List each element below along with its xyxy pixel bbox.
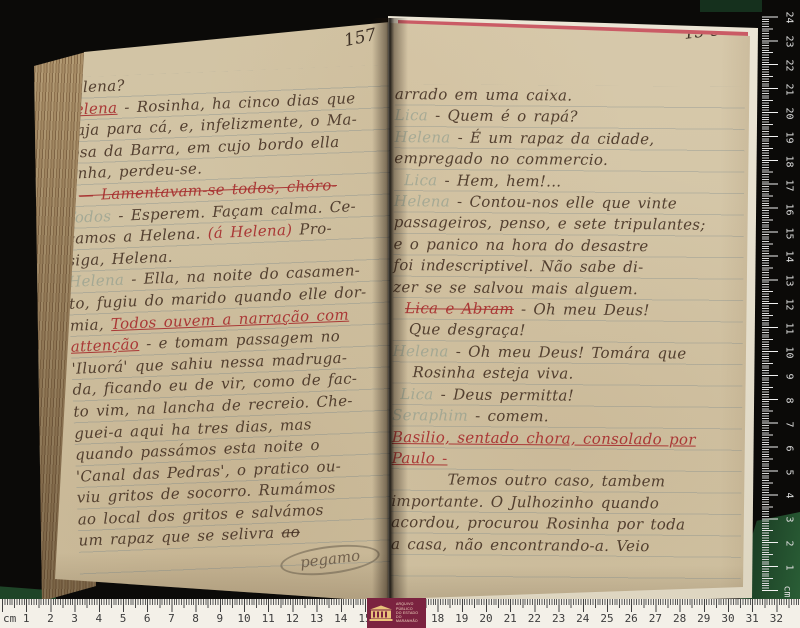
ruler-number: 15 — [784, 225, 795, 241]
handwriting-line: Basilio, sentado chora, consolado por — [392, 426, 742, 450]
handwriting-segment: Basilio, sentado chora, consolado por — [392, 427, 696, 448]
handwriting-segment: Helena — [68, 271, 125, 291]
ruler-number: 14 — [784, 249, 795, 265]
right-page-handwriting: arrado em uma caixa.Lica - Quem é o rapá… — [391, 84, 745, 585]
ruler-number: 16 — [784, 201, 795, 217]
ruler-number: 2 — [47, 612, 54, 625]
handwriting-line: arrado em uma caixa. — [395, 84, 745, 108]
handwriting-segment: e o panico na hora do desastre — [394, 235, 649, 255]
left-page-handwriting: Helena?Helena - Rosinha, ha cinco dias q… — [60, 65, 408, 584]
ruler-number: 22 — [528, 612, 541, 625]
handwriting-segment: importante. O Julhozinho quando — [391, 492, 659, 512]
ruler-number: 23 — [784, 34, 795, 50]
handwriting-segment: - Quem é o rapá? — [428, 107, 578, 126]
ruler-number: 27 — [649, 612, 662, 625]
ruler-number: 10 — [784, 345, 795, 361]
ruler-number: 13 — [784, 273, 795, 289]
archive-photo: Helena?Helena - Rosinha, ha cinco dias q… — [0, 0, 800, 628]
ruler-number: 19 — [784, 129, 795, 145]
handwriting-segment: Que desgraça! — [409, 321, 526, 340]
ruler-number: 8 — [192, 612, 199, 625]
ruler-number: 18 — [431, 612, 444, 625]
handwriting-segment: a casa, não encontrando-a. Veio — [391, 535, 650, 555]
handwriting-segment: - comem. — [468, 407, 549, 426]
ruler-number: 22 — [784, 58, 795, 74]
archive-logo-text: ARQUIVO PÚBLICO DO ESTADO DO MARANHÃO — [396, 602, 424, 623]
handwriting-line: acordou, procurou Rosinha por toda — [391, 512, 741, 536]
handwriting-segment: siga, Helena. — [67, 247, 173, 269]
ruler-number: 1 — [23, 612, 30, 625]
ruler-number: 24 — [576, 612, 589, 625]
handwriting-segment: Lica — [404, 171, 437, 189]
handwriting-segment: Lica e Abram — [405, 299, 514, 318]
handwriting-segment: - Hem, hem!... — [437, 171, 561, 190]
handwriting-segment: ao — [281, 523, 300, 542]
handwriting-line: passageiros, penso, e sete tripulantes; — [394, 212, 744, 236]
ruler-number: 4 — [95, 612, 102, 625]
handwriting-line: Temos outro caso, tambem — [391, 469, 741, 493]
ruler-number: 23 — [552, 612, 565, 625]
logo-text-line: DO MARANHÃO — [396, 615, 424, 623]
ruler-number: 19 — [455, 612, 468, 625]
ruler-number: 8 — [784, 392, 795, 408]
handwriting-line: Helena - Contou-nos elle que vinte — [394, 191, 744, 215]
ruler-number: 4 — [784, 488, 795, 504]
vertical-ruler: cm 1234567891011121314151617181920212223… — [762, 0, 800, 600]
handwriting-segment: attenção — [70, 335, 139, 356]
handwriting-segment: mia, — [70, 315, 112, 335]
handwriting-segment: Rosinha esteja viva. — [412, 363, 573, 382]
handwriting-segment: - É um rapaz da cidade, — [451, 128, 655, 148]
horizontal-ruler-unit: cm — [3, 612, 16, 625]
handwriting-line: Seraphim - comem. — [392, 405, 742, 429]
handwriting-line: Helena - É um rapaz da cidade, — [394, 127, 744, 151]
handwriting-segment: arrado em uma caixa. — [395, 85, 573, 105]
handwriting-line: a casa, não encontrando-a. Veio — [391, 534, 741, 558]
handwriting-line: empregado no commercio. — [394, 148, 744, 172]
handwriting-segment: acordou, procurou Rosinha por toda — [391, 513, 685, 534]
ruler-number: 11 — [784, 321, 795, 337]
handwriting-segment: vinha, perdeu-se. — [64, 160, 203, 184]
ruler-number: 12 — [286, 612, 299, 625]
ruler-number: 24 — [784, 10, 795, 26]
ruler-number: 20 — [479, 612, 492, 625]
ruler-number: 1 — [784, 560, 795, 576]
handwriting-segment: çamos a Helena. — [66, 224, 208, 248]
handwriting-line: Lica - Deus permitta! — [392, 384, 742, 408]
handwriting-line: Helena - Oh meu Deus! Tomára que — [393, 341, 743, 365]
ruler-number: 12 — [784, 297, 795, 313]
handwriting-segment: zer se se salvou mais alguem. — [393, 278, 638, 298]
handwriting-line: Rosinha esteja viva. — [392, 362, 742, 386]
ruler-number: 26 — [625, 612, 638, 625]
handwriting-segment: foi indescriptivel. Não sabe di- — [393, 256, 643, 276]
handwriting-segment: passageiros, penso, e sete tripulantes; — [394, 213, 706, 234]
handwriting-segment: - Oh meu Deus! Tomára que — [449, 342, 687, 362]
ruler-number: 7 — [784, 416, 795, 432]
ruler-number: 21 — [784, 82, 795, 98]
ruler-number: 6 — [144, 612, 151, 625]
ruler-number: 20 — [784, 106, 795, 122]
ruler-number: 17 — [784, 177, 795, 193]
ruler-number: 10 — [237, 612, 250, 625]
archive-logo-stamp: ARQUIVO PÚBLICO DO ESTADO DO MARANHÃO — [367, 598, 426, 628]
ruler-number: 2 — [784, 536, 795, 552]
ruler-number: 29 — [697, 612, 710, 625]
handwriting-line: e o panico na hora do desastre — [394, 234, 744, 258]
handwriting-segment: Temos outro caso, tambem — [447, 471, 665, 491]
ruler-number: 11 — [262, 612, 275, 625]
ruler-number: 6 — [784, 440, 795, 456]
felt-backing-top-right — [700, 0, 762, 12]
ruler-number: 7 — [168, 612, 175, 625]
ruler-number: 21 — [504, 612, 517, 625]
handwriting-segment: (á Helena) — [207, 221, 292, 242]
ruler-number: 9 — [784, 368, 795, 384]
handwriting-line: importante. O Julhozinho quando — [391, 491, 741, 515]
ruler-number: 5 — [784, 464, 795, 480]
handwriting-line: Paulo - — [392, 448, 742, 472]
handwriting-line: Lica - Quem é o rapá? — [395, 105, 745, 129]
ruler-number: 3 — [71, 612, 78, 625]
ruler-number: 30 — [721, 612, 734, 625]
handwriting-segment: empregado no commercio. — [394, 149, 608, 169]
handwriting-line: Que desgraça! — [393, 319, 743, 343]
ruler-number: 14 — [334, 612, 347, 625]
handwriting-segment: Pro- — [292, 219, 332, 239]
ruler-number: 25 — [600, 612, 613, 625]
handwriting-line: Lica e Abram - Oh meu Deus! — [393, 298, 743, 322]
handwriting-segment: - Deus permitta! — [434, 385, 575, 404]
ruler-number: 32 — [770, 612, 783, 625]
handwriting-line: Lica - Hem, hem!... — [394, 170, 744, 194]
book-gutter-shadow — [372, 18, 408, 606]
ruler-number: 5 — [120, 612, 127, 625]
vertical-ruler-unit: cm — [782, 585, 793, 597]
handwriting-segment: - Oh meu Deus! — [514, 300, 650, 319]
ruler-number: 3 — [784, 512, 795, 528]
handwriting-line: foi indescriptivel. Não sabe di- — [393, 255, 743, 279]
handwriting-segment: - Contou-nos elle que vinte — [450, 193, 677, 213]
handwriting-line: zer se se salvou mais alguem. — [393, 277, 743, 301]
ruler-number: 9 — [216, 612, 223, 625]
ruler-number: 28 — [673, 612, 686, 625]
archive-building-icon — [369, 605, 393, 622]
ruler-number: 18 — [784, 153, 795, 169]
ruler-number: 13 — [310, 612, 323, 625]
ruler-number: 31 — [746, 612, 759, 625]
vertical-ruler-ticks — [762, 16, 780, 591]
